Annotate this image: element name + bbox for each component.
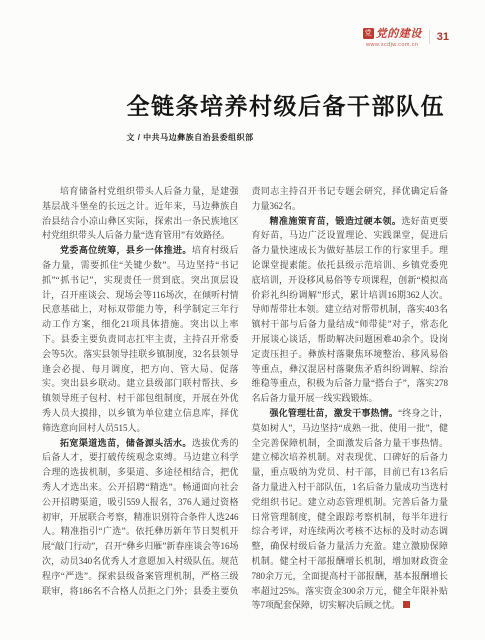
- logo-row: 党 党的建设: [363, 25, 422, 41]
- article-title: 全链条培养村级后备干部队伍: [127, 88, 446, 121]
- article-byline: 文 / 中共马边彝族自治县委组织部: [127, 132, 254, 143]
- paragraph-text: 选好苗更要育好苗，马边广泛设置理论、实践课堂，促进后备力量快速成长为做好基层工作…: [252, 216, 449, 404]
- page-number: 31: [437, 31, 449, 43]
- page-header: 党 党的建设 www.scdjw.com.cn 31: [363, 25, 449, 48]
- paragraph-lead: 精准施策育苗，锻造过硬本领。: [270, 216, 402, 226]
- paragraph-lead: 党委高位统筹，县乡一体推进。: [60, 245, 192, 255]
- paragraph-text: 培育村级后备力量，需要抓住“关键少数”。马边坚持“书记抓”“抓书记”，实现责任一…: [42, 245, 239, 433]
- magazine-logo: 党 党的建设 www.scdjw.com.cn: [363, 25, 422, 48]
- magazine-url: www.scdjw.com.cn: [366, 42, 418, 48]
- article-header: 全链条培养村级后备干部队伍 文 / 中共马边彝族自治县委组织部: [127, 88, 446, 143]
- paragraph-management: 强化管理壮苗，激发干事热情。“终身之计，莫如树人”，马边坚持“成熟一批、使用一批…: [252, 406, 449, 613]
- article-end-mark-icon: [403, 601, 410, 608]
- paragraph-text: “终身之计，莫如树人”，马边坚持“成熟一批、使用一批”，健全完善保障机制，全面激…: [252, 408, 449, 610]
- magazine-name: 党的建设: [376, 25, 422, 41]
- magazine-page: 党 党的建设 www.scdjw.com.cn 31 全链条培养村级后备干部队伍…: [0, 0, 485, 640]
- logo-seal-icon: 党: [363, 28, 374, 39]
- article-body: 培育储备村党组织带头人后备力量，是建强基层战斗堡垒的长远之计。近年来，马边彝族自…: [42, 184, 448, 617]
- header-divider: [429, 30, 430, 44]
- paragraph-planning: 党委高位统筹，县乡一体推进。培育村级后备力量，需要抓住“关键少数”。马边坚持“书…: [42, 243, 239, 435]
- paragraph-lead: 拓宽渠道选苗，储备源头活水。: [60, 438, 192, 448]
- paragraph-intro: 培育储备村党组织带头人后备力量，是建强基层战斗堡垒的长远之计。近年来，马边彝族自…: [42, 184, 239, 243]
- paragraph-text: 培育储备村党组织带头人后备力量，是建强基层战斗堡垒的长远之计。近年来，马边彝族自…: [42, 186, 239, 240]
- paragraph-training: 精准施策育苗，锻造过硬本领。选好苗更要育好苗，马边广泛设置理论、实践课堂，促进后…: [252, 214, 449, 406]
- paragraph-lead: 强化管理壮苗，激发干事热情。: [270, 408, 399, 418]
